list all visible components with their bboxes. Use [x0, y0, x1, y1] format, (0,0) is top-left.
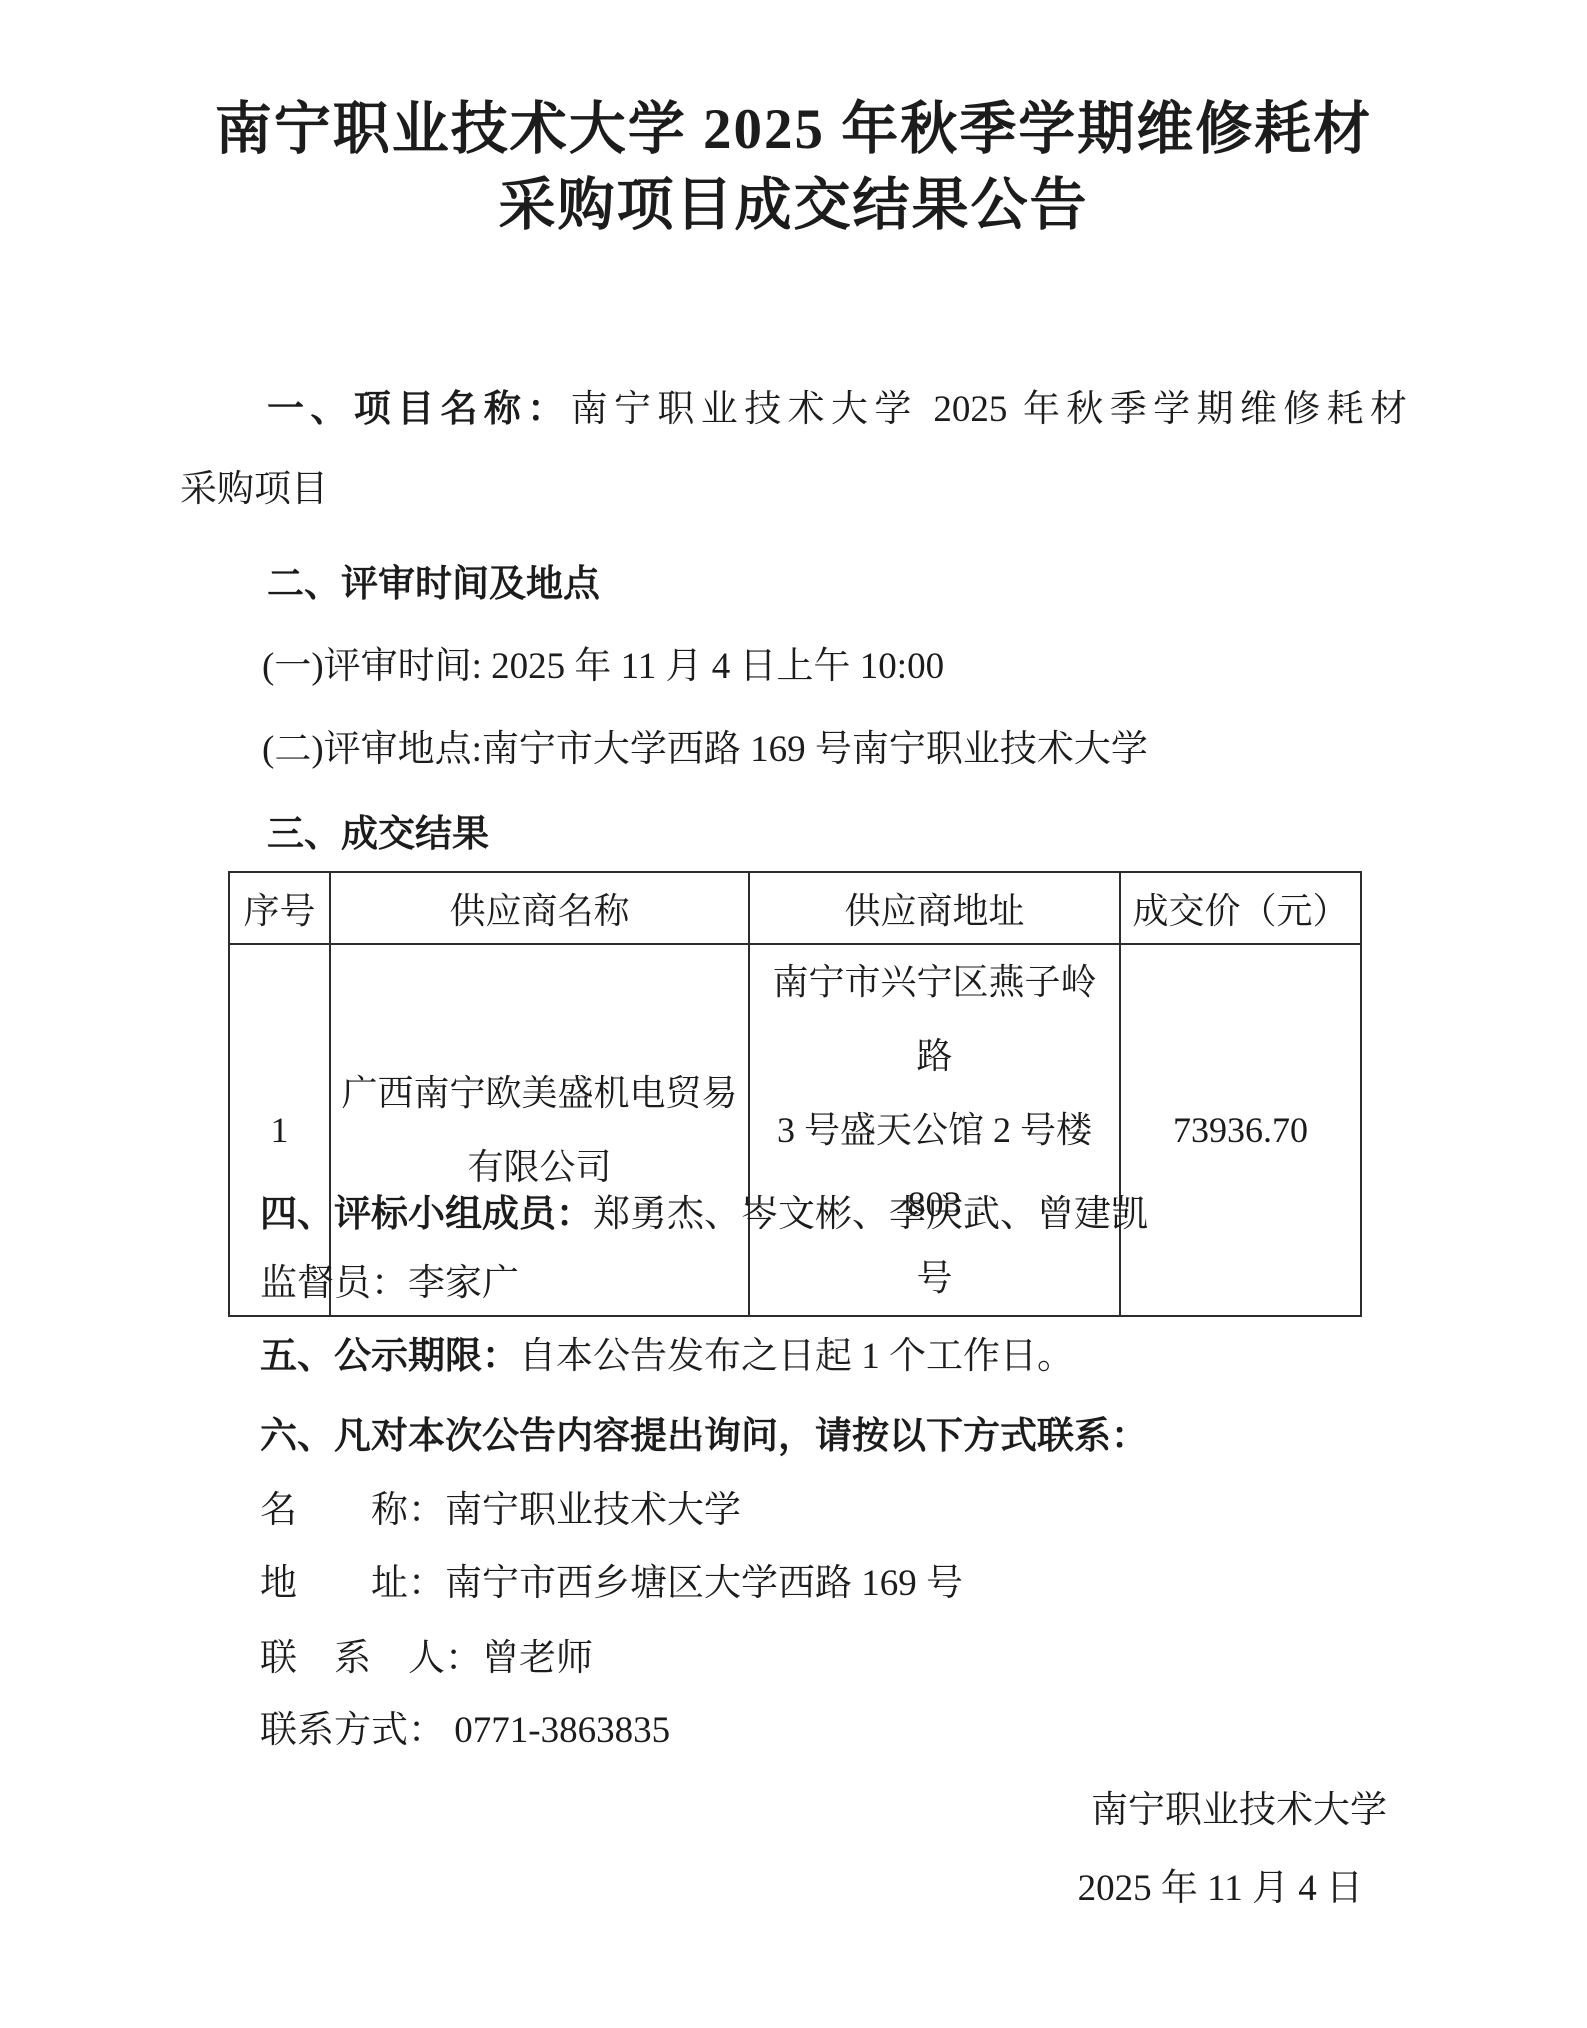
section-project-name-label: 一、项目名称： [267, 388, 571, 429]
cell-supplier-address: 南宁市兴宁区燕子岭路 3 号盛天公馆 2 号楼 803 号 [749, 944, 1120, 1316]
column-header-supplier-address: 供应商地址 [749, 872, 1120, 944]
announcement-page: 南宁职业技术大学 2025 年秋季学期维修耗材 采购项目成交结果公告 一、项目名… [0, 0, 1587, 2028]
column-header-seq: 序号 [229, 872, 330, 944]
section-period-label: 五、公示期限： [260, 1335, 519, 1376]
cell-price: 73936.70 [1120, 944, 1361, 1316]
section-review-heading: 二、评审时间及地点 [267, 561, 600, 607]
contact-name-line: 名 称：南宁职业技术大学 [260, 1488, 741, 1534]
section-period-line: 五、公示期限：自本公告发布之日起 1 个工作日。 [260, 1333, 1074, 1380]
column-header-supplier-name: 供应商名称 [330, 872, 749, 944]
section-result-heading: 三、成交结果 [267, 811, 489, 857]
footer-date: 2025 年 11 月 4 日 [1078, 1866, 1363, 1912]
footer-organization: 南宁职业技术大学 [1091, 1788, 1387, 1834]
section-team-members: 郑勇杰、岑文彬、李庆武、曾建凯 [593, 1194, 1148, 1235]
section-period-text: 自本公告发布之日起 1 个工作日。 [519, 1336, 1074, 1377]
result-table: 序号 供应商名称 供应商地址 成交价（元） 1 广西南宁欧美盛机电贸易 有限公司… [228, 871, 1362, 1317]
contact-person-line: 联 系 人：曾老师 [260, 1636, 593, 1682]
section-team-label: 四、评标小组成员： [260, 1193, 593, 1234]
document-title-line2: 采购项目成交结果公告 [0, 168, 1587, 244]
document-title: 南宁职业技术大学 2025 年秋季学期维修耗材 采购项目成交结果公告 [0, 92, 1587, 244]
review-place-line: (二)评审地点:南宁市大学西路 169 号南宁职业技术大学 [262, 727, 1148, 773]
section-team-line: 四、评标小组成员：郑勇杰、岑文彬、李庆武、曾建凯 [260, 1191, 1148, 1238]
section-project-name-text: 南宁职业技术大学 2025 年秋季学期维修耗材 [571, 389, 1407, 430]
contact-address-line: 地 址：南宁市西乡塘区大学西路 169 号 [260, 1561, 963, 1607]
contact-phone-line: 联系方式： 0771-3863835 [260, 1708, 670, 1754]
section-project-name: 一、项目名称：南宁职业技术大学 2025 年秋季学期维修耗材 [267, 386, 1407, 433]
section-contact-heading: 六、凡对本次公告内容提出询问，请按以下方式联系： [260, 1413, 1148, 1459]
review-time-line: (一)评审时间: 2025 年 11 月 4 日上午 10:00 [262, 644, 944, 690]
document-title-line1: 南宁职业技术大学 2025 年秋季学期维修耗材 [0, 92, 1587, 168]
column-header-price: 成交价（元） [1120, 872, 1361, 944]
result-table-header-row: 序号 供应商名称 供应商地址 成交价（元） [229, 872, 1361, 944]
section-project-name-continuation: 采购项目 [180, 467, 328, 513]
supervisor-line: 监督员：李家广 [260, 1261, 519, 1307]
